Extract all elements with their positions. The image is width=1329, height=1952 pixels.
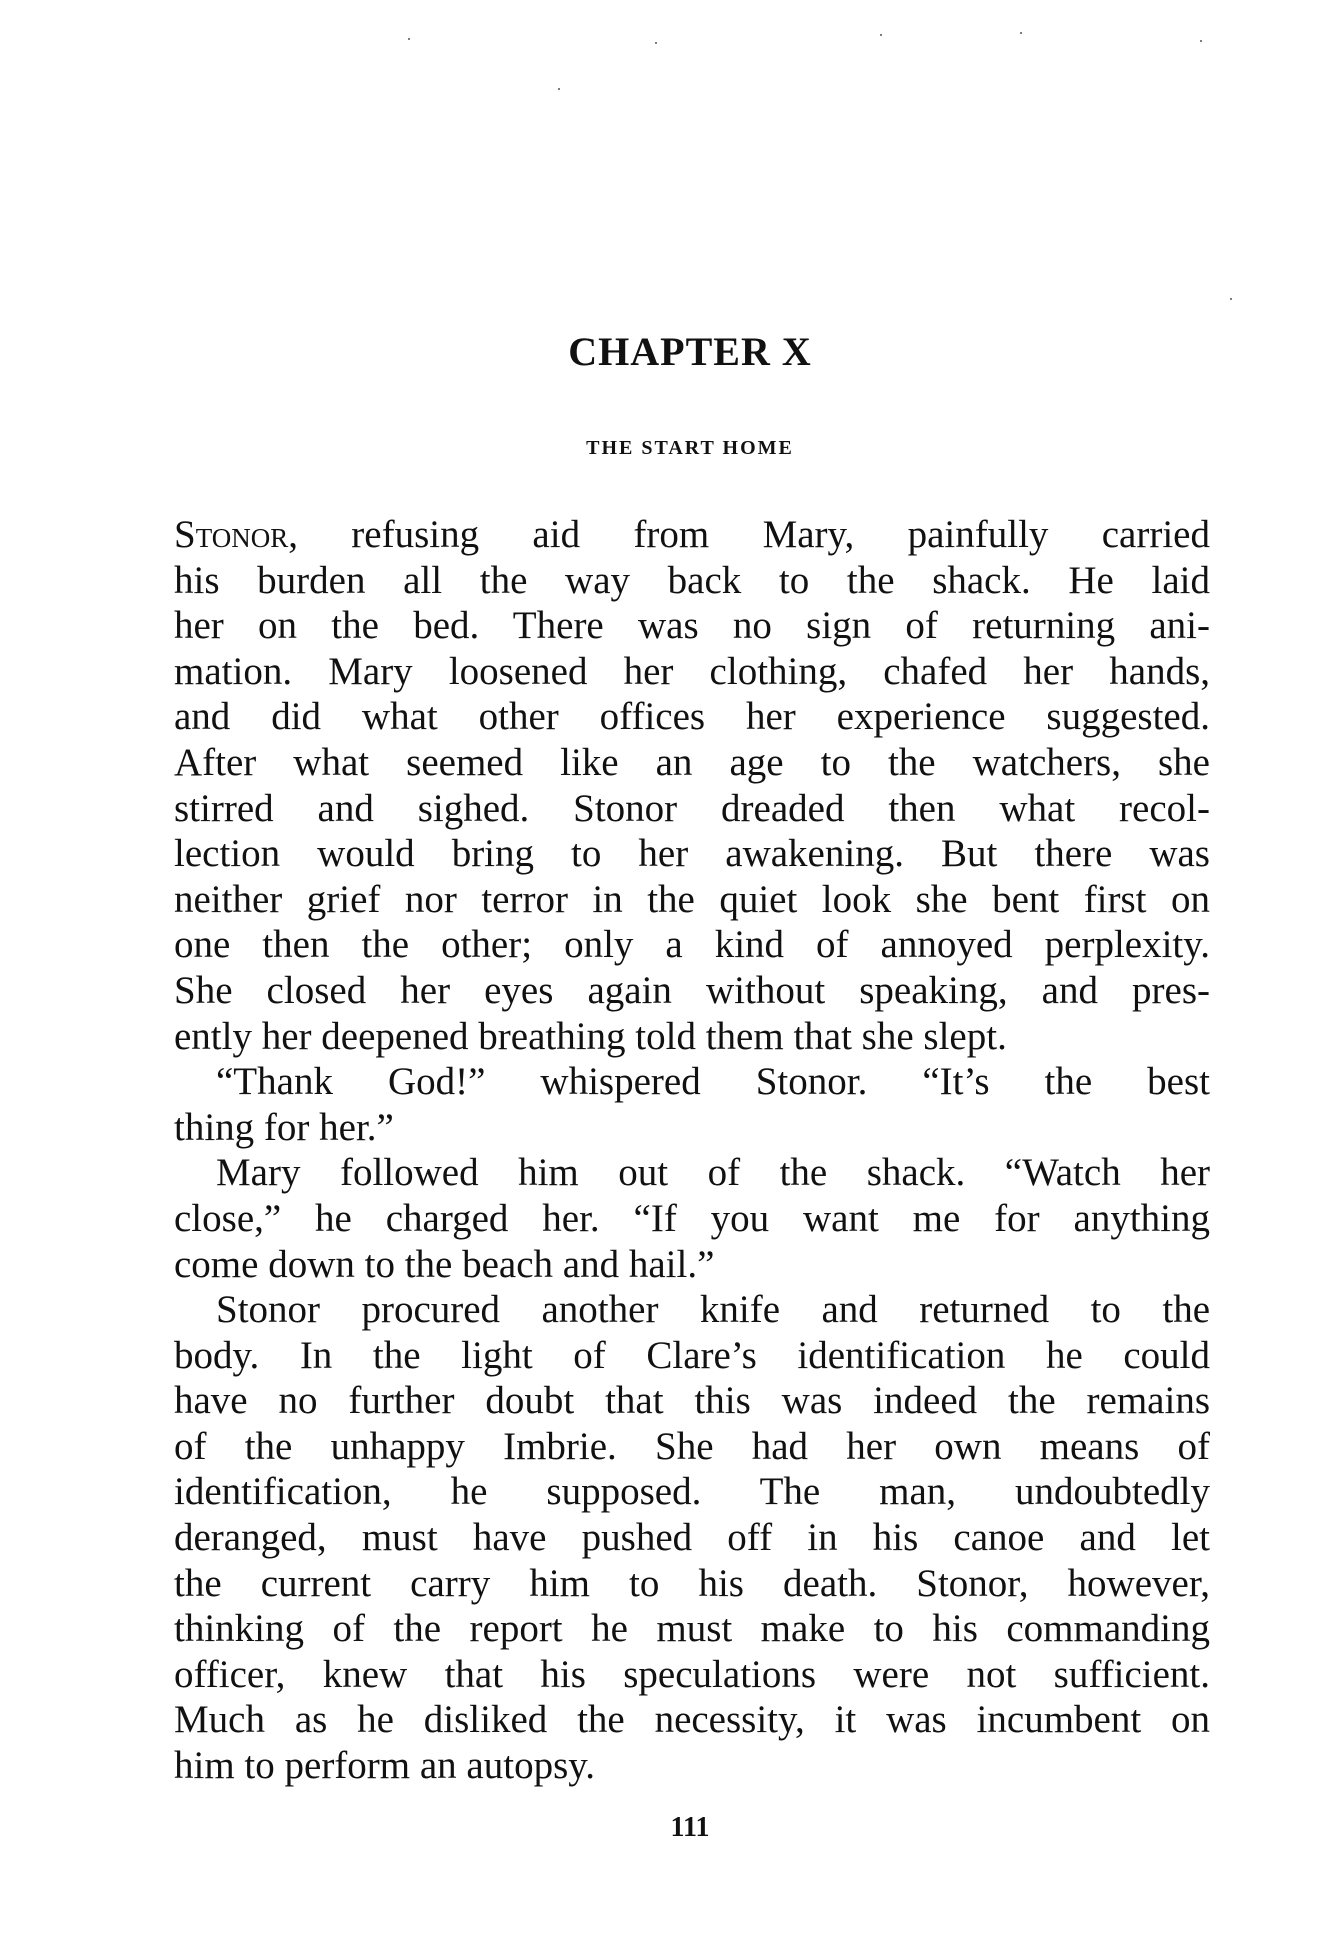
text-line: ently her deepened breathing told them t… [174,1014,1210,1060]
text-line-content: After what seemed like an age to the wat… [174,741,1210,784]
text-line: identification, he supposed. The man, un… [174,1469,1210,1515]
text-line: She closed her eyes again without speaki… [174,968,1210,1014]
scan-speck [1020,32,1022,34]
text-line: close,” he charged her. “If you want me … [174,1196,1210,1242]
text-line-content: mation. Mary loosened her clothing, chaf… [174,650,1210,693]
text-line-content: identification, he supposed. The man, un… [174,1470,1210,1513]
scan-speck [408,38,410,40]
text-line: come down to the beach and hail.” [174,1242,1210,1288]
text-line-content: of the unhappy Imbrie. She had her own m… [174,1425,1210,1468]
text-line-content: him to perform an autopsy. [174,1744,595,1787]
text-line: “Thank God!” whispered Stonor. “It’s the… [174,1059,1210,1105]
text-line: thing for her.” [174,1105,1210,1151]
text-line: deranged, must have pushed off in his ca… [174,1515,1210,1561]
text-line-content: thing for her.” [174,1106,394,1149]
text-line-content: refusing aid from Mary, painfully carrie… [351,513,1210,556]
text-line-content: body. In the light of Clare’s identifica… [174,1334,1210,1377]
chapter-title: CHAPTER X [0,328,1329,375]
text-line: one then the other; only a kind of annoy… [174,922,1210,968]
text-line: After what seemed like an age to the wat… [174,740,1210,786]
text-line: stirred and sighed. Stonor dreaded then … [174,786,1210,832]
text-line-content: ently her deepened breathing told them t… [174,1015,1007,1058]
body-text: Stonor, refusing aid from Mary, painfull… [174,512,1210,1789]
text-line-content: and did what other offices her experienc… [174,695,1210,738]
text-line: his burden all the way back to the shack… [174,558,1210,604]
drop-name-smallcaps: Stonor, [174,513,298,556]
text-line: lection would bring to her awakening. Bu… [174,831,1210,877]
text-line-content: Stonor procured another knife and return… [216,1288,1210,1331]
text-line-content: “Thank God!” whispered Stonor. “It’s the… [216,1060,1210,1103]
scan-speck [1230,298,1232,300]
scan-speck [880,34,882,36]
text-line: and did what other offices her experienc… [174,694,1210,740]
text-line: Stonor procured another knife and return… [174,1287,1210,1333]
scan-speck [558,88,560,90]
text-line: Much as he disliked the necessity, it wa… [174,1697,1210,1743]
text-line: of the unhappy Imbrie. She had her own m… [174,1424,1210,1470]
text-line-content: close,” he charged her. “If you want me … [174,1197,1210,1240]
text-line-content: Mary followed him out of the shack. “Wat… [216,1151,1210,1194]
text-line-content: deranged, must have pushed off in his ca… [174,1516,1210,1559]
text-line-content: Much as he disliked the necessity, it wa… [174,1698,1210,1741]
scan-speck [655,42,657,44]
text-line: neither grief nor terror in the quiet lo… [174,877,1210,923]
text-line-content: his burden all the way back to the shack… [174,559,1210,602]
text-line: Stonor, refusing aid from Mary, painfull… [174,512,1210,558]
text-line-content: She closed her eyes again without speaki… [174,969,1210,1012]
text-line: have no further doubt that this was inde… [174,1378,1210,1424]
text-line-content: officer, knew that his speculations were… [174,1653,1210,1696]
page-number: 111 [0,1812,1329,1844]
text-line-content: one then the other; only a kind of annoy… [174,923,1210,966]
text-line-content: the current carry him to his death. Ston… [174,1562,1210,1605]
text-line-content: thinking of the report he must make to h… [174,1607,1210,1650]
text-line-content: come down to the beach and hail.” [174,1243,714,1286]
text-line-content: have no further doubt that this was inde… [174,1379,1210,1422]
text-line-content: lection would bring to her awakening. Bu… [174,832,1210,875]
scan-speck [1200,40,1202,42]
text-line: her on the bed. There was no sign of ret… [174,603,1210,649]
text-line: officer, knew that his speculations were… [174,1652,1210,1698]
text-line: Mary followed him out of the shack. “Wat… [174,1150,1210,1196]
text-line: thinking of the report he must make to h… [174,1606,1210,1652]
text-line-content: her on the bed. There was no sign of ret… [174,604,1210,647]
chapter-subtitle: THE START HOME [0,437,1329,460]
text-line: the current carry him to his death. Ston… [174,1561,1210,1607]
text-line: him to perform an autopsy. [174,1743,1210,1789]
text-line-content: neither grief nor terror in the quiet lo… [174,878,1210,921]
text-line: body. In the light of Clare’s identifica… [174,1333,1210,1379]
text-line-content: stirred and sighed. Stonor dreaded then … [174,787,1210,830]
text-line: mation. Mary loosened her clothing, chaf… [174,649,1210,695]
